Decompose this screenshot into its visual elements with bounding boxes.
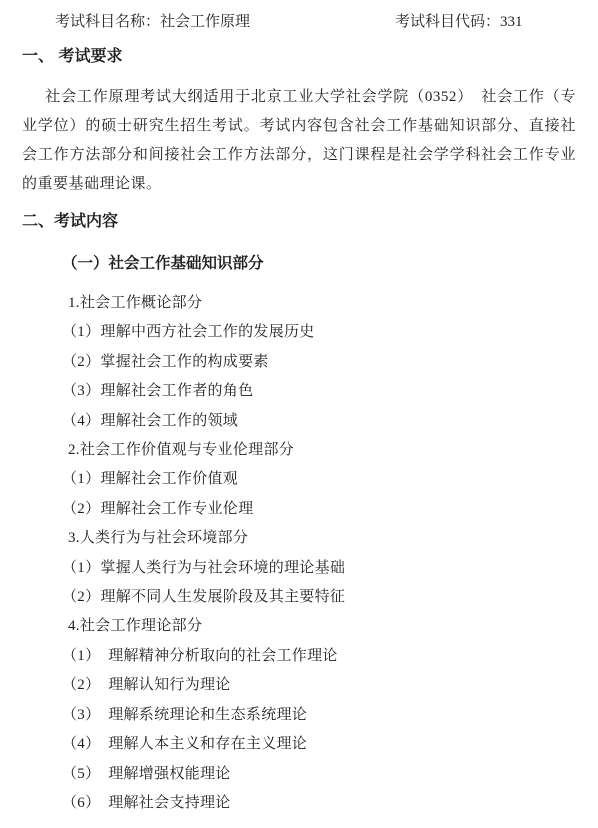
content-item: （2）掌握社会工作的构成要素 xyxy=(22,348,576,377)
content-item: （1）理解中西方社会工作的发展历史 xyxy=(22,318,576,347)
content-item: （3） 理解系统理论和生态系统理论 xyxy=(22,701,576,730)
content-item: 2.社会工作价值观与专业伦理部分 xyxy=(22,436,576,465)
content-item: 1.社会工作概论部分 xyxy=(22,289,576,318)
subject-name-label: 考试科目名称：社会工作原理 xyxy=(55,10,250,31)
content-item: （3）理解社会工作者的角色 xyxy=(22,377,576,406)
content-item: （1）掌握人类行为与社会环境的理论基础 xyxy=(22,554,576,583)
document-header: 考试科目名称：社会工作原理 考试科目代码：331 xyxy=(22,10,576,32)
content-item: （4） 理解人本主义和存在主义理论 xyxy=(22,730,576,759)
content-item: （1） 理解精神分析取向的社会工作理论 xyxy=(22,642,576,671)
subsection-heading-basic-knowledge: （一）社会工作基础知识部分 xyxy=(22,253,576,275)
content-item: （6） 理解社会支持理论 xyxy=(22,789,576,818)
content-item: （2） 理解认知行为理论 xyxy=(22,671,576,700)
content-item: （2）理解不同人生发展阶段及其主要特征 xyxy=(22,583,576,612)
subject-code-label: 考试科目代码：331 xyxy=(395,10,523,31)
content-item: （5） 理解增强权能理论 xyxy=(22,760,576,789)
exam-requirements-paragraph: 社会工作原理考试大纲适用于北京工业大学社会学院（0352） 社会工作（专业学位）… xyxy=(22,83,576,199)
exam-syllabus-document: 考试科目名称：社会工作原理 考试科目代码：331 一、 考试要求 社会工作原理考… xyxy=(0,0,598,828)
content-item: （4）理解社会工作的领域 xyxy=(22,407,576,436)
content-item: （1）理解社会工作价值观 xyxy=(22,465,576,494)
section-heading-exam-content: 二、考试内容 xyxy=(22,211,576,233)
content-item: 3.人类行为与社会环境部分 xyxy=(22,524,576,553)
content-item: （2）理解社会工作专业伦理 xyxy=(22,495,576,524)
section-heading-exam-requirements: 一、 考试要求 xyxy=(22,46,576,68)
content-item: 4.社会工作理论部分 xyxy=(22,612,576,641)
content-item-list: 1.社会工作概论部分（1）理解中西方社会工作的发展历史（2）掌握社会工作的构成要… xyxy=(22,289,576,818)
